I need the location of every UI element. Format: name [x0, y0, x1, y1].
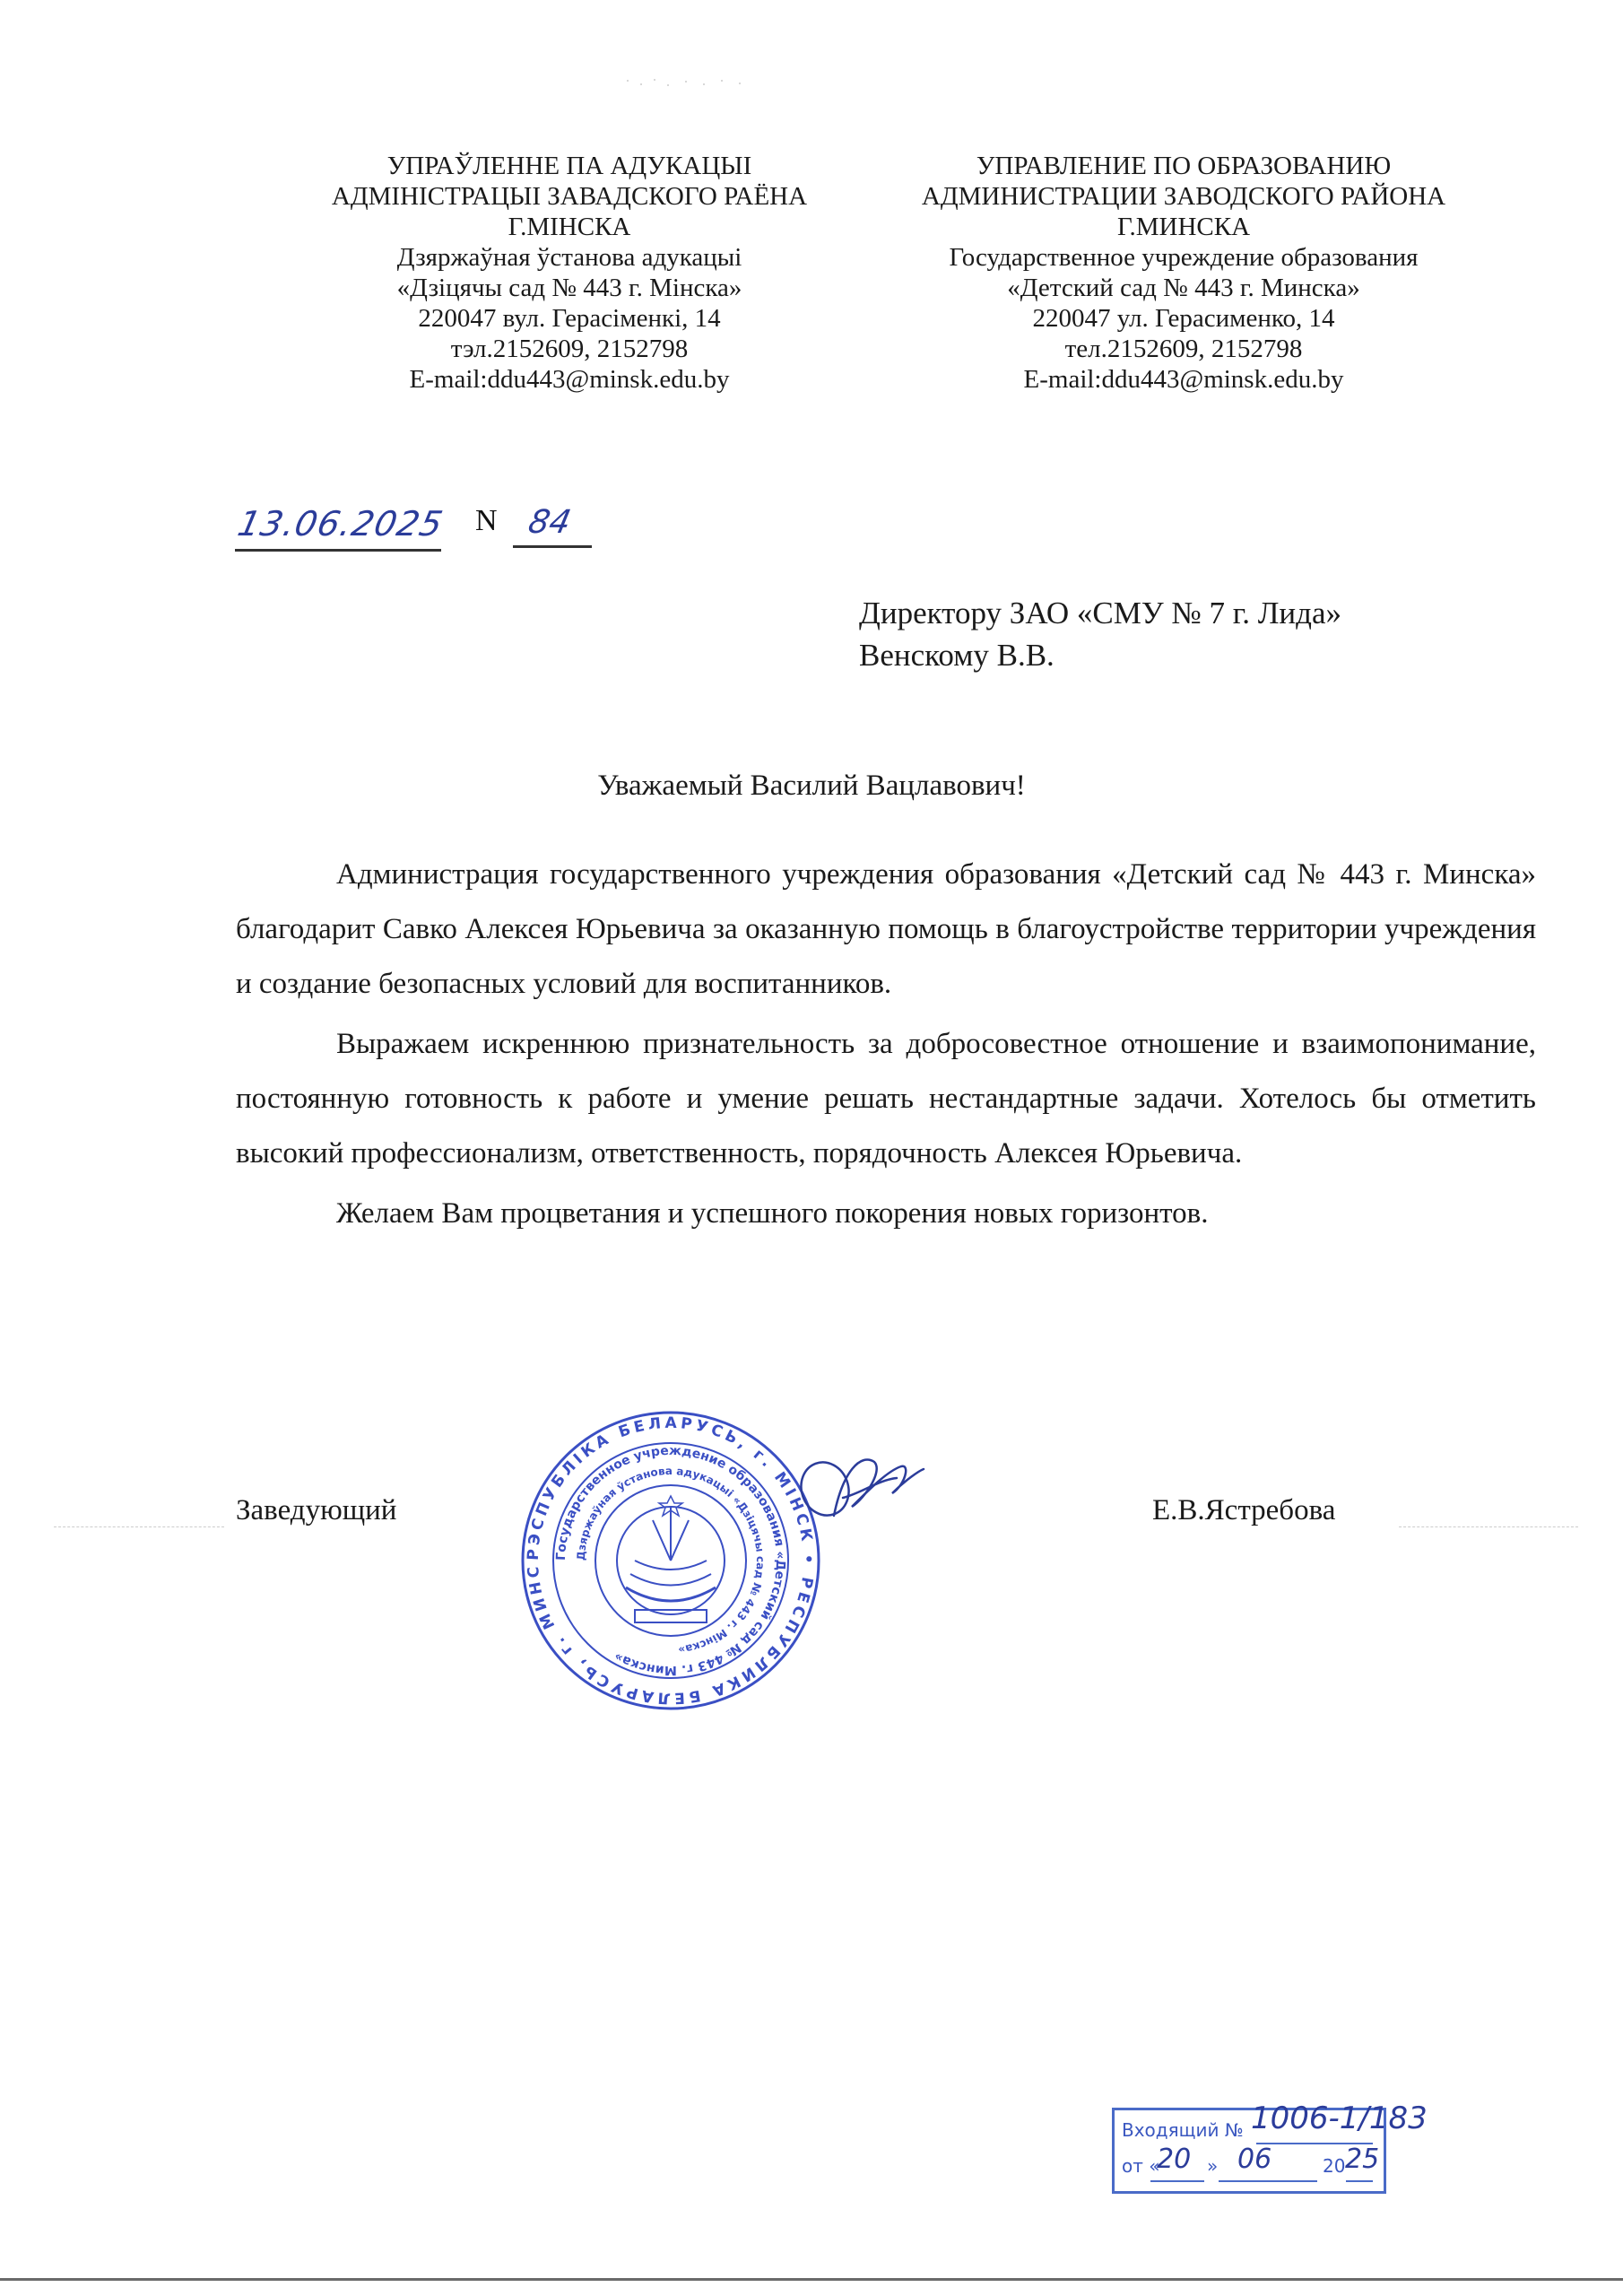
letterhead-line: 220047 ул. Герасименко, 14 [874, 303, 1493, 334]
handwritten-incoming-year: 25 [1345, 2144, 1379, 2175]
letterhead-belarusian: УПРАЎЛЕННЕ ПА АДУКАЦЫІ АДМІНІСТРАЦЫІ ЗАВ… [305, 151, 834, 395]
handwritten-incoming-number: 1006-1/183 [1251, 2100, 1428, 2136]
body-paragraph: Администрация государственного учреждени… [236, 848, 1536, 1012]
letterhead-russian: УПРАВЛЕНИЕ ПО ОБРАЗОВАНИЮ АДМИНИСТРАЦИИ … [874, 151, 1493, 395]
letterhead-line: АДМИНИСТРАЦИИ ЗАВОДСКОГО РАЙОНА [874, 181, 1493, 212]
date-field: 13.06.2025 [235, 499, 441, 552]
handwritten-date: 13.06.2025 [234, 504, 447, 544]
official-seal-icon: РЭСПУБЛІКА БЕЛАРУСЬ, г. МІНСК • РЕСПУБЛИ… [518, 1408, 823, 1713]
salutation: Уважаемый Василий Вацлавович! [0, 770, 1623, 803]
letterhead-line: АДМІНІСТРАЦЫІ ЗАВАДСКОГО РАЁНА [305, 181, 834, 212]
letterhead-line: 220047 вул. Герасіменкі, 14 [305, 303, 834, 334]
letterhead-line: «Дзіцячы сад № 443 г. Мінска» [305, 273, 834, 303]
number-label: N [475, 504, 498, 538]
handwritten-incoming-month: 06 [1237, 2144, 1271, 2175]
letterhead-line: Государственное учреждение образования [874, 242, 1493, 273]
incoming-date-label: от « [1122, 2155, 1159, 2177]
signatory-title: Заведующий [236, 1494, 396, 1527]
addressee-name: Венскому В.В. [859, 634, 1341, 676]
page-edge [0, 2278, 1623, 2281]
letterhead-line: Г.МИНСКА [874, 212, 1493, 242]
letterhead-line: тэл.2152609, 2152798 [305, 334, 834, 364]
underline [1346, 2180, 1373, 2182]
handwritten-incoming-day: 20 [1157, 2144, 1191, 2175]
scan-artifact [619, 76, 753, 89]
addressee-position: Директору ЗАО «СМУ № 7 г. Лида» [859, 592, 1341, 634]
body-paragraph: Выражаем искреннюю признательность за до… [236, 1017, 1536, 1181]
letterhead-line: тел.2152609, 2152798 [874, 334, 1493, 364]
letterhead-line: УПРАВЛЕНИЕ ПО ОБРАЗОВАНИЮ [874, 151, 1493, 181]
scan-artifact [54, 1526, 224, 1527]
letterhead-line: УПРАЎЛЕННЕ ПА АДУКАЦЫІ [305, 151, 834, 181]
incoming-number-label: Входящий № [1122, 2119, 1244, 2141]
letterhead-email: E-mail:ddu443@minsk.edu.by [874, 364, 1493, 395]
handwritten-signature-icon [789, 1444, 933, 1525]
body-paragraph: Желаем Вам процветания и успешного покор… [236, 1187, 1536, 1241]
addressee: Директору ЗАО «СМУ № 7 г. Лида» Венскому… [859, 592, 1341, 676]
underline [1219, 2180, 1317, 2182]
underline [1150, 2180, 1204, 2182]
letterhead-line: Г.МІНСКА [305, 212, 834, 242]
letterhead-line: Дзяржаўная ўстанова адукацыі [305, 242, 834, 273]
handwritten-number: 84 [525, 504, 575, 541]
signatory-name: Е.В.Ястребова [1152, 1494, 1335, 1527]
close-quote: » [1207, 2155, 1218, 2177]
letter-body: Администрация государственного учреждени… [236, 848, 1536, 1247]
scan-artifact [1399, 1526, 1578, 1527]
year-prefix: 20 [1323, 2155, 1345, 2177]
letterhead-email: E-mail:ddu443@minsk.edu.by [305, 364, 834, 395]
number-field: 84 [513, 499, 592, 548]
letterhead-line: «Детский сад № 443 г. Минска» [874, 273, 1493, 303]
